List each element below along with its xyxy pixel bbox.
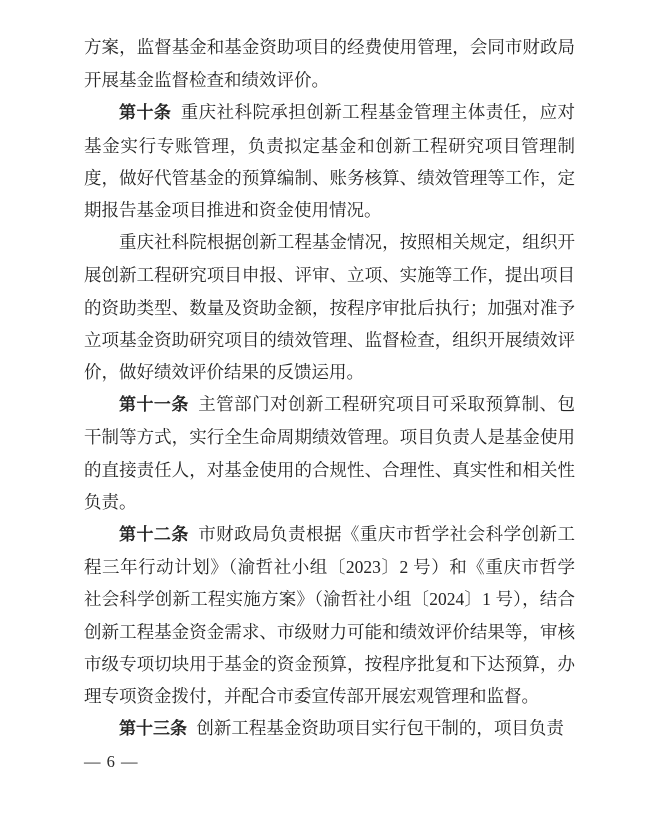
paragraph: 第十二条市财政局负责根据《重庆市哲学社会科学创新工程三年行动计划》（渝哲社小组〔… (84, 518, 575, 712)
paragraph-text: 重庆社科院根据创新工程基金情况，按照相关规定，组织开展创新工程研究项目申报、评审… (84, 232, 575, 382)
paragraph: 方案，监督基金和基金资助项目的经费使用管理，会同市财政局开展基金监督检查和绩效评… (84, 31, 575, 96)
paragraph: 重庆社科院根据创新工程基金情况，按照相关规定，组织开展创新工程研究项目申报、评审… (84, 226, 575, 388)
article-heading: 第十一条 (119, 395, 189, 414)
paragraph-text: 市财政局负责根据《重庆市哲学社会科学创新工程三年行动计划》（渝哲社小组〔2023… (84, 524, 575, 706)
document-body: 方案，监督基金和基金资助项目的经费使用管理，会同市财政局开展基金监督检查和绩效评… (84, 31, 575, 745)
paragraph: 第十三条创新工程基金资助项目实行包干制的，项目负责 (84, 712, 575, 745)
paragraph-text: 方案，监督基金和基金资助项目的经费使用管理，会同市财政局开展基金监督检查和绩效评… (84, 37, 575, 90)
article-heading: 第十条 (119, 103, 171, 122)
paragraph-text: 创新工程基金资助项目实行包干制的，项目负责 (196, 718, 564, 738)
article-heading: 第十三条 (119, 719, 187, 738)
paragraph: 第十条重庆社科院承担创新工程基金管理主体责任，应对基金实行专账管理，负责拟定基金… (84, 96, 575, 226)
paragraph: 第十一条主管部门对创新工程研究项目可采取预算制、包干制等方式，实行全生命周期绩效… (84, 388, 575, 518)
page-number: — 6 — (84, 752, 139, 772)
article-heading: 第十二条 (119, 525, 189, 544)
document-page: 方案，监督基金和基金资助项目的经费使用管理，会同市财政局开展基金监督检查和绩效评… (0, 0, 657, 825)
